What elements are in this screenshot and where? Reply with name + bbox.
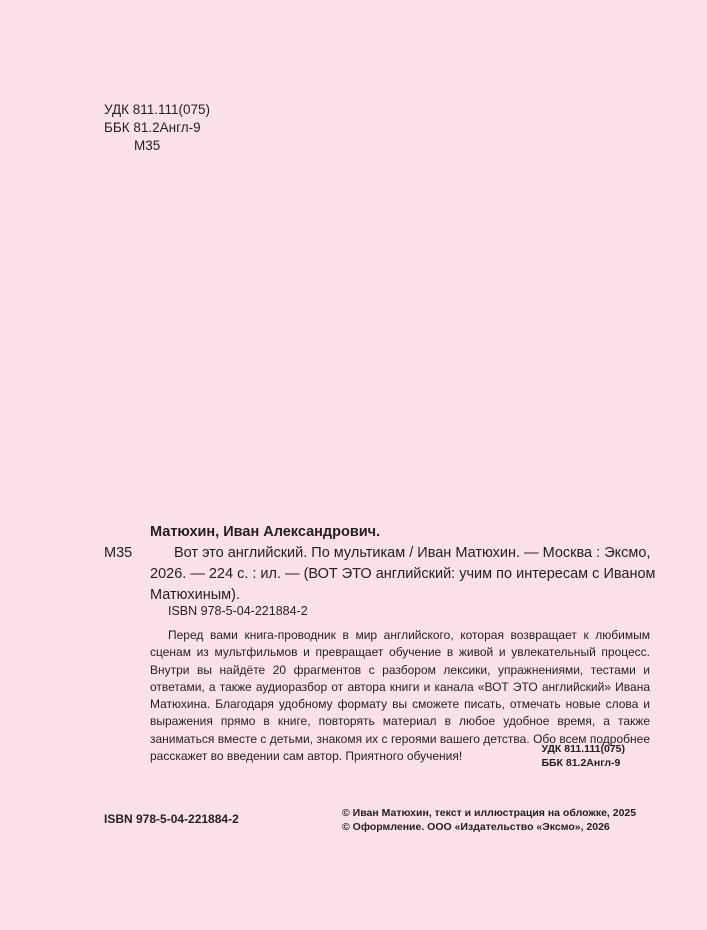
footer-udk-code: УДК 811.111(075) — [541, 742, 625, 756]
catalog-description: Вот это английский. По мультикам / Иван … — [150, 543, 670, 606]
author-mark: М35 — [104, 137, 210, 155]
catalog-author-mark: М35 — [104, 545, 132, 561]
footer-bbk-code: ББК 81.2Англ-9 — [541, 756, 625, 770]
catalog-author: Матюхин, Иван Александрович. — [150, 524, 380, 540]
copyright-publisher: © Оформление. ООО «Издательство «Эксмо»,… — [342, 820, 636, 834]
copyright-block: © Иван Матюхин, текст и иллюстрация на о… — [342, 806, 636, 834]
catalog-description-text: Вот это английский. По мультикам / Иван … — [150, 543, 670, 606]
catalog-isbn: ISBN 978-5-04-221884-2 — [168, 604, 308, 618]
udk-code: УДК 811.111(075) — [104, 101, 210, 119]
bbk-code: ББК 81.2Англ-9 — [104, 119, 210, 137]
footer-classification-codes: УДК 811.111(075) ББК 81.2Англ-9 — [541, 742, 625, 770]
copyright-author: © Иван Матюхин, текст и иллюстрация на о… — [342, 806, 636, 820]
footer-isbn: ISBN 978-5-04-221884-2 — [104, 812, 239, 826]
header-classification-codes: УДК 811.111(075) ББК 81.2Англ-9 М35 — [104, 101, 210, 155]
